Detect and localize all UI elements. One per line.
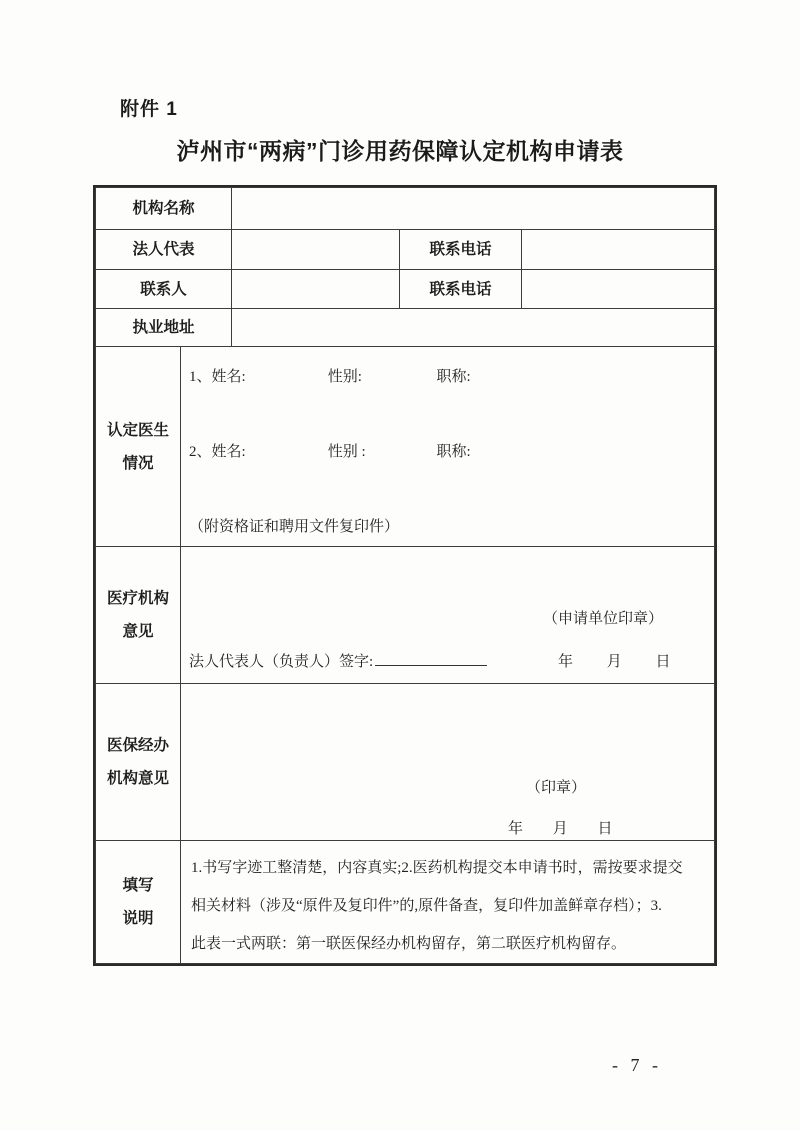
applicant-seal-note: （申请单位印章） [543,607,663,628]
doctors-content-cell: 1、姓名: 性别: 职称: 2、姓名: 性别 : 职称: （附资格证和聘用文件复… [181,347,715,547]
medical-org-opinion-label-line2: 意见 [96,615,180,648]
notes-line-3: 此表一式两联：第一联医保经办机构留存，第二联医疗机构留存。 [191,925,704,963]
doctors-attachment-note: （附资格证和聘用文件复印件） [181,517,714,537]
page-title: 泸州市“两病”门诊用药保障认定机构申请表 [0,133,800,166]
doctor1-gender-label: 性别: [328,367,433,387]
attachment-label: 附件 1 [120,94,178,121]
insurance-agency-opinion-label-line1: 医保经办 [96,729,180,762]
notes-label-line2: 说明 [96,902,180,935]
notes-content-cell: 1.书写字迹工整清楚，内容真实;2.医药机构提交本申请书时，需按要求提交 相关材… [181,841,715,964]
doctor2-line: 2、姓名: 性别 : 职称: [181,442,714,462]
notes-line-1: 1.书写字迹工整清楚，内容真实;2.医药机构提交本申请书时，需按要求提交 [191,849,704,887]
address-label: 执业地址 [96,309,232,347]
org-name-value-cell [232,188,715,230]
application-form-table: 机构名称 法人代表 联系电话 联系人 联系电话 执业地址 [93,185,717,966]
agency-date-text: 年 月 日 [508,817,613,838]
medical-org-opinion-cell: （申请单位印章） 法人代表人（负责人）签字: 年 月 日 [181,547,715,684]
address-value-cell [232,309,715,347]
insurance-agency-opinion-label: 医保经办 机构意见 [96,684,181,841]
signature-line: 法人代表人（负责人）签字: [189,650,487,671]
table-row: 联系人 联系电话 [96,270,715,309]
notes-label: 填写 说明 [96,841,181,964]
notes-text: 1.书写字迹工整清楚，内容真实;2.医药机构提交本申请书时，需按要求提交 相关材… [181,841,714,963]
signature-label: 法人代表人（负责人）签字: [189,654,373,670]
doctor1-title-label: 职称: [437,367,471,387]
doctor1-name-label: 1、姓名: [189,367,324,387]
doctor2-gender-label: 性别 : [328,442,433,462]
legal-rep-phone-value-cell [522,230,715,270]
table-row: 填写 说明 1.书写字迹工整清楚，内容真实;2.医药机构提交本申请书时，需按要求… [96,841,715,964]
notes-label-line1: 填写 [96,869,180,902]
doctor2-title-label: 职称: [437,442,471,462]
legal-rep-value-cell [232,230,400,270]
insurance-agency-opinion-label-line2: 机构意见 [96,762,180,795]
contact-phone-value-cell [522,270,715,309]
legal-rep-phone-label: 联系电话 [400,230,522,270]
table-row: 医保经办 机构意见 （印章） 年 月 日 [96,684,715,841]
document-page: 附件 1 泸州市“两病”门诊用药保障认定机构申请表 机构名称 法人代表 联系电话… [0,0,800,1131]
form-upper-section: 机构名称 法人代表 联系电话 联系人 联系电话 执业地址 [95,187,715,347]
medical-org-date-text: 年 月 日 [558,650,671,671]
contact-label: 联系人 [96,270,232,309]
notes-line-2: 相关材料（涉及“原件及复印件”的,原件备查，复印件加盖鲜章存档）；3. [191,887,704,925]
form-lower-section: 认定医生 情况 1、姓名: 性别: 职称: 2、姓名: 性别 : 职称: （附资… [95,346,715,964]
table-row: 认定医生 情况 1、姓名: 性别: 职称: 2、姓名: 性别 : 职称: （附资… [96,347,715,547]
doctor1-line: 1、姓名: 性别: 职称: [181,367,714,387]
legal-rep-label: 法人代表 [96,230,232,270]
org-name-label: 机构名称 [96,188,232,230]
table-row: 执业地址 [96,309,715,347]
doctors-label-line2: 情况 [96,447,180,480]
insurance-agency-opinion-cell: （印章） 年 月 日 [181,684,715,841]
contact-value-cell [232,270,400,309]
contact-phone-label: 联系电话 [400,270,522,309]
page-number: - 7 - [612,1055,662,1076]
signature-blank-underline [375,652,487,666]
table-row: 法人代表 联系电话 [96,230,715,270]
medical-org-opinion-label: 医疗机构 意见 [96,547,181,684]
doctors-label-line1: 认定医生 [96,414,180,447]
agency-seal-note: （印章） [526,776,586,797]
table-row: 医疗机构 意见 （申请单位印章） 法人代表人（负责人）签字: 年 月 日 [96,547,715,684]
table-row: 机构名称 [96,188,715,230]
doctor2-name-label: 2、姓名: [189,442,324,462]
medical-org-opinion-label-line1: 医疗机构 [96,582,180,615]
doctors-label: 认定医生 情况 [96,347,181,547]
